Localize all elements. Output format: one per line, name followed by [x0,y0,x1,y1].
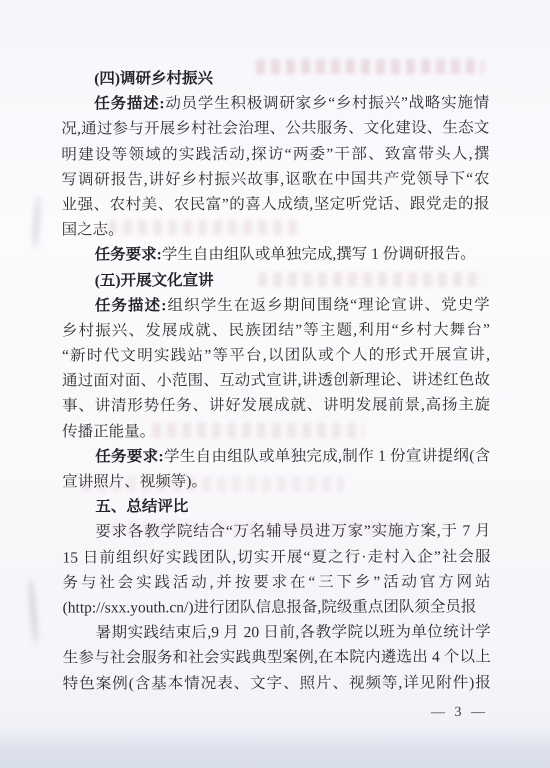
text-line: 写调研报告,讲好乡村振兴故事,讴歌在中国共产党领导下“农 [61,166,489,192]
document-text: (四)调研乡村振兴任务描述:动员学生积极调研家乡“乡村振兴”战略实施情况,通过参… [61,65,491,696]
text-line: 生参与社会服务和社会实践典型案例,在本院内遴选出 4 个以上 [63,645,491,671]
text-line: 宣讲照片、视频等)。 [62,468,490,494]
line-text: 学生自由组队或单独完成,制作 1 份宣讲提纲(含 [164,447,491,465]
heading-line: (五)开展文化宣讲 [62,267,490,293]
scanned-page: (四)调研乡村振兴任务描述:动员学生积极调研家乡“乡村振兴”战略实施情况,通过参… [0,0,550,768]
bottom-scan-shade [0,726,550,768]
text-line: 任务要求:学生自由组队或单独完成,制作 1 份宣讲提纲(含 [62,443,490,469]
bold-label: 任务要求: [95,247,162,264]
text-line: 务与社会实践活动,并按要求在“三下乡”活动官方网站 [62,569,490,595]
heading-line: (四)调研乡村振兴 [61,65,489,91]
text-line: 通过面对面、小范围、互动式宣讲,讲透创新理论、讲述红色故 [62,368,490,394]
line-text: 学生自由组队或单独完成,撰写 1 份调研报告。 [162,246,476,264]
text-line: 任务要求:学生自由组队或单独完成,撰写 1 份调研报告。 [62,242,490,268]
text-line: 业强、农村美、农民富”的喜人成绩,坚定听党话、跟党走的报 [62,191,490,217]
fold-mark [32,196,41,248]
text-line: 要求各教学院结合“万名辅导员进万家”实施方案,于 7 月 [62,519,490,545]
text-line: 15 日前组织好实践团队,切实开展“夏之行·走村入企”社会服 [62,544,490,570]
text-line: (http://sxx.youth.cn/)进行团队信息报备,院级重点团队须全员… [63,594,491,620]
bold-label: 任务描述: [95,297,167,314]
bold-label: 任务要求: [95,448,164,465]
text-line: 任务描述:动员学生积极调研家乡“乡村振兴”战略实施情 [61,91,489,117]
heading-line: 五、总结评比 [62,494,490,520]
text-line: 况,通过参与开展乡村社会治理、公共服务、文化建设、生态文 [61,116,489,142]
text-line: “新时代文明实践站”等平台,以团队或个人的形式开展宣讲, [62,343,490,369]
text-line: 任务描述:组织学生在返乡期间围绕“理论宣讲、党史学习、 [62,292,490,318]
text-line: 事、讲清形势任务、讲好发展成就、讲明发展前景,高扬主旋律、 [62,393,490,419]
fold-mark [27,578,39,644]
text-line: 特色案例(含基本情况表、文字、照片、视频等,详见附件)报 [63,670,491,696]
bold-label: 任务描述: [94,95,164,112]
page-number: — 3 — [431,705,488,721]
text-line: 国之志。 [62,217,490,243]
line-text: 动员学生积极调研家乡“乡村振兴”战略实施情 [165,95,490,113]
text-line: 传播正能量。 [62,418,490,444]
text-line: 明建设等领域的实践活动,探访“两委”干部、致富带头人,撰 [61,141,489,167]
text-line: 暑期实践结束后,9 月 20 日前,各教学院以班为单位统计学 [63,620,491,646]
text-line: 乡村振兴、发展成就、民族团结”等主题,利用“乡村大舞台” [62,317,490,343]
